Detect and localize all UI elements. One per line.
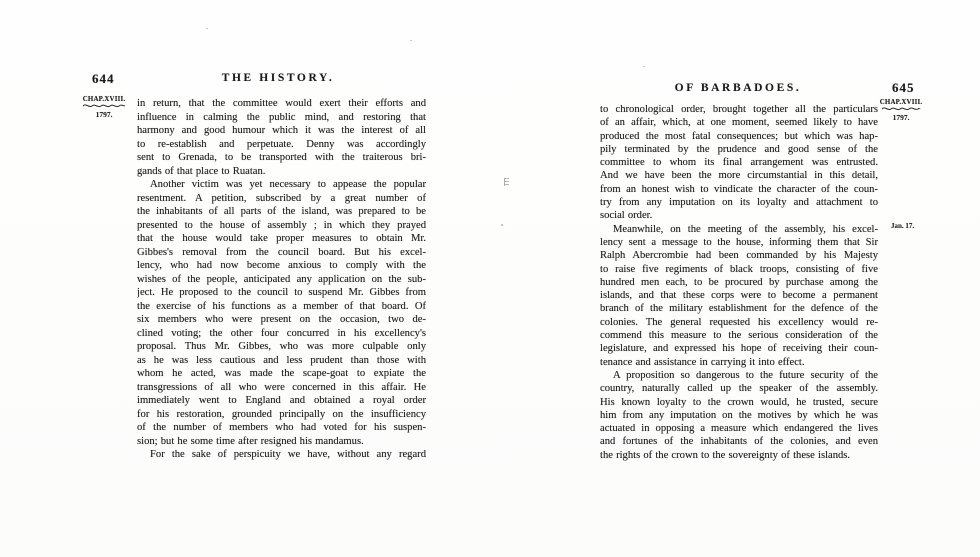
margin-note-right: CHAP.XVIII. 1797. xyxy=(877,99,925,122)
scan-artifact xyxy=(410,40,412,41)
text-line: produced the most fatal consequences; bu… xyxy=(600,130,878,143)
year-label: 1797. xyxy=(74,110,134,119)
chapter-label: CHAP.XVIII. xyxy=(877,99,925,106)
text-line: clined voting; the other four concurred … xyxy=(137,327,426,341)
text-line: immediately went to England and obtained… xyxy=(137,394,426,408)
text-line: actuated in opposing a measure which end… xyxy=(600,422,878,435)
paragraph: A proposition so dangerous to the future… xyxy=(600,369,878,462)
margin-note-left: CHAP.XVIII. 1797. xyxy=(74,96,134,119)
text-line: the inhabitants of all parts of the isla… xyxy=(137,205,426,219)
text-line: sent to Grenada, to be transported with … xyxy=(137,151,426,165)
text-line: committee to whom its final arrangement … xyxy=(600,156,878,169)
text-line: sion; but he some time after resigned hi… xyxy=(137,435,426,449)
text-line: country, naturally called up the speaker… xyxy=(600,382,878,395)
text-line: Ralph Abercrombie had been commanded by … xyxy=(600,249,878,262)
scan-artifact xyxy=(206,28,208,29)
text-line: as he was less cautious and less prudent… xyxy=(137,354,426,368)
running-title-right: OF BARBADOES. xyxy=(600,82,876,94)
text-line: branch of the military establishment for… xyxy=(600,302,878,315)
text-line: transgressions of all who were concerned… xyxy=(137,381,426,395)
paragraph: Meanwhile, on the meeting of the assembl… xyxy=(600,223,878,369)
page-number-left: 644 xyxy=(92,71,115,87)
text-line: islands, and that these corps were to be… xyxy=(600,289,878,302)
text-line: Another victim was yet necessary to appe… xyxy=(137,178,426,192)
flourish-icon xyxy=(881,105,921,112)
text-line: A proposition so dangerous to the future… xyxy=(600,369,878,382)
text-line: presented to the house of assembly ; in … xyxy=(137,219,426,233)
paragraph: Another victim was yet necessary to appe… xyxy=(137,178,426,448)
text-line: tenance and assistance in carrying it in… xyxy=(600,356,878,369)
scan-artifact xyxy=(501,224,503,226)
text-line: whom he acted, was made the scape-goat t… xyxy=(137,367,426,381)
text-line: social order. xyxy=(600,209,878,222)
page-body-right: to chronological order, brought together… xyxy=(600,103,878,462)
paragraph: to chronological order, brought together… xyxy=(600,103,878,223)
text-line: Gibbes's removal from the council board.… xyxy=(137,246,426,260)
chapter-label: CHAP.XVIII. xyxy=(74,96,134,103)
text-line: try from any imputation on its loyalty a… xyxy=(600,196,878,209)
text-line: for his restoration, grounded principall… xyxy=(137,408,426,422)
text-line: and fortunes of the inhabitants of the c… xyxy=(600,435,878,448)
text-line: of the number of members who had voted f… xyxy=(137,421,426,435)
running-title-left: THE HISTORY. xyxy=(137,72,419,84)
text-line: pily terminated by the prudence and good… xyxy=(600,143,878,156)
text-line: in return, that the committee would exer… xyxy=(137,97,426,111)
text-line: Meanwhile, on the meeting of the assembl… xyxy=(600,223,878,236)
text-line: lency sent a message to the house, infor… xyxy=(600,236,878,249)
text-line: wishes of the people, anticipated any ap… xyxy=(137,273,426,287)
scanned-book-spread: 644 THE HISTORY. CHAP.XVIII. 1797. in re… xyxy=(0,0,980,557)
text-line: legislature, and expressed his hope of r… xyxy=(600,342,878,355)
text-line: the exercise of his functions as a membe… xyxy=(137,300,426,314)
text-line: him from any imputation on the motives b… xyxy=(600,409,878,422)
paragraph: in return, that the committee would exer… xyxy=(137,97,426,178)
text-line: ject. He proposed to the council to susp… xyxy=(137,286,426,300)
text-line: gands of that place to Ruatan. xyxy=(137,165,426,179)
text-line: of an affair, which, at one moment, seem… xyxy=(600,116,878,129)
text-line: resentment. A petition, subscribed by a … xyxy=(137,192,426,206)
text-line: proposal. Thus Mr. Gibbes, who was more … xyxy=(137,340,426,354)
text-line: His known loyalty to the crown would, he… xyxy=(600,396,878,409)
text-line: six members who were present on the occa… xyxy=(137,313,426,327)
year-label: 1797. xyxy=(877,113,925,122)
text-line: from an honest wish to vindicate the cha… xyxy=(600,183,878,196)
text-line: that the house would take proper measure… xyxy=(137,232,426,246)
page-body-left: in return, that the committee would exer… xyxy=(137,97,426,462)
page-number-right: 645 xyxy=(892,80,915,96)
text-line: influence in calming the public mind, an… xyxy=(137,111,426,125)
text-line: to re-establish and perpetuate. Denny wa… xyxy=(137,138,426,152)
text-line: colonies. The general requested his exce… xyxy=(600,316,878,329)
text-line: commend this measure to the serious cons… xyxy=(600,329,878,342)
text-line: harmony and good humour which it was the… xyxy=(137,124,426,138)
paragraph: For the sake of perspicuity we have, wit… xyxy=(137,448,426,462)
scan-artifact xyxy=(504,178,509,186)
margin-date-note: Jan. 17. xyxy=(891,222,914,230)
scan-artifact xyxy=(643,66,645,67)
text-line: hundred men each, to be procured by purc… xyxy=(600,276,878,289)
flourish-icon xyxy=(82,102,126,109)
text-line: For the sake of perspicuity we have, wit… xyxy=(137,448,426,462)
text-line: lency, who had now become anxious to com… xyxy=(137,259,426,273)
text-line: to chronological order, brought together… xyxy=(600,103,878,116)
text-line: the rights of the crown to the sovereign… xyxy=(600,449,878,462)
text-line: And we have been the more circumstantial… xyxy=(600,169,878,182)
text-line: to raise five regiments of black troops,… xyxy=(600,263,878,276)
